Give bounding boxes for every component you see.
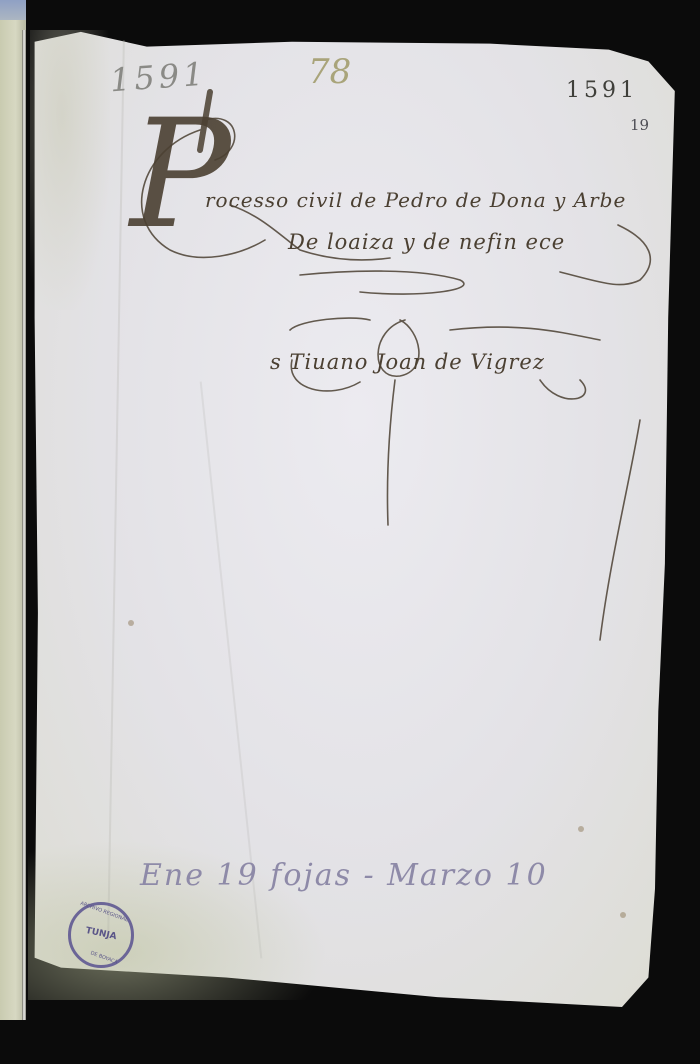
stamp-center-text: TUNJA (71, 923, 132, 945)
manuscript-scan: 1591 78 1591 19 P rocesso civil de Pedro… (0, 0, 700, 1064)
glass-plate-edge (22, 30, 26, 1020)
water-stain-upper (30, 30, 110, 310)
foxing-spot (578, 826, 584, 832)
archive-stamp: ARCHIVO REGIONAL TUNJA DE BOYACÁ (68, 902, 134, 968)
title-line-1: rocesso civil de Pedro de Dona y Arbe (205, 188, 626, 212)
foxing-spot (128, 620, 134, 626)
folio-number-right: 19 (630, 116, 649, 134)
foxing-spot (620, 912, 626, 918)
year-annotation-right: 1591 (566, 78, 638, 103)
folio-number-top: 78 (308, 52, 351, 92)
title-line-3: s Tiuano Joan de Vigrez (270, 350, 545, 374)
archive-pencil-note: Ene 19 fojas - Marzo 10 (140, 858, 548, 893)
title-line-2: De loaiza y de nefin ece (288, 230, 565, 254)
adjacent-page-ink (2, 520, 20, 650)
decorative-initial: P (130, 100, 231, 250)
